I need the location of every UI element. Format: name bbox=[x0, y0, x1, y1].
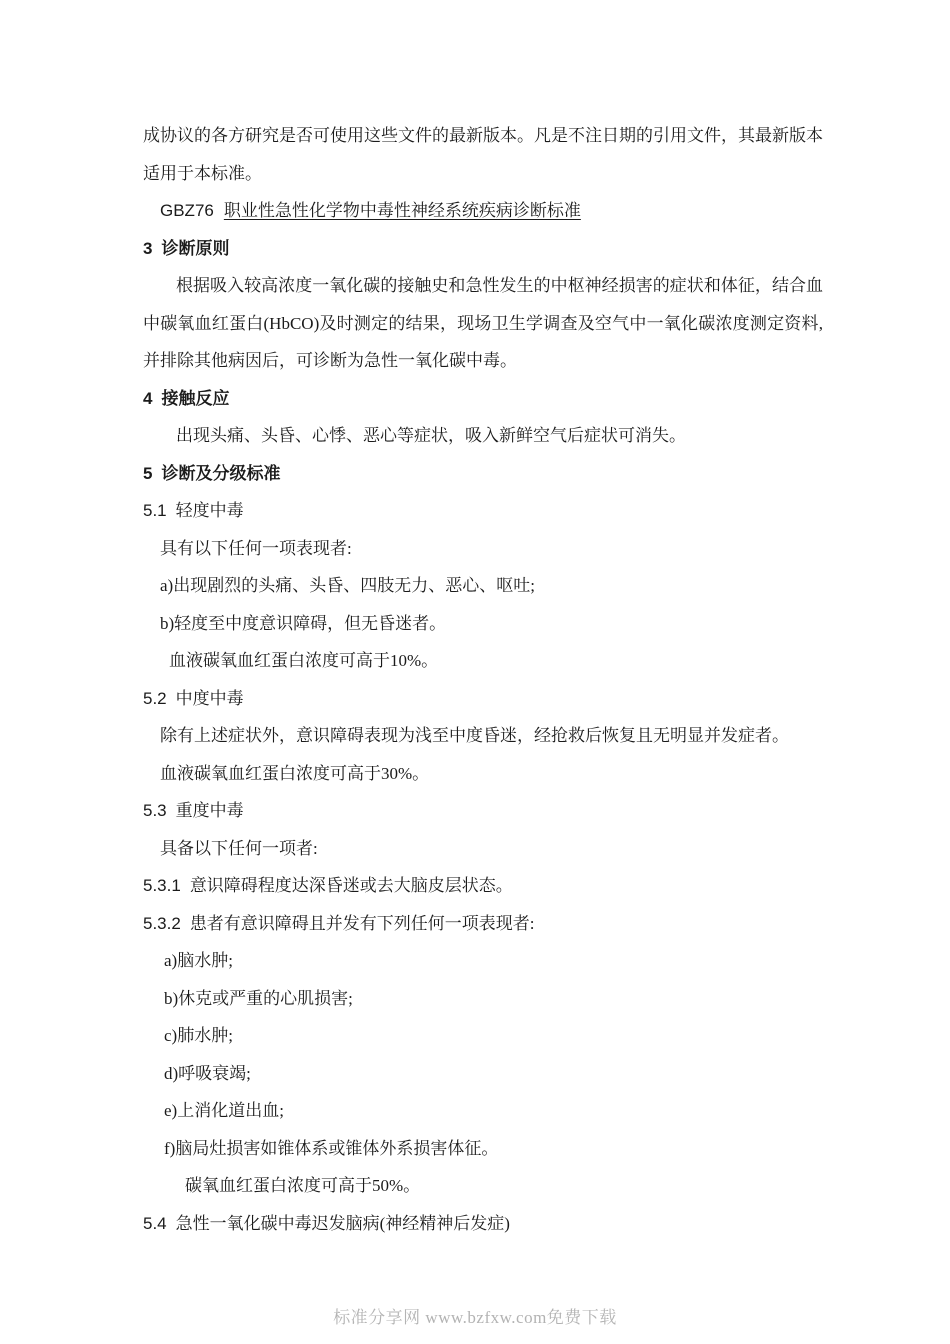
clause-5-3-2-item-b: b)休克或严重的心肌损害; bbox=[143, 980, 823, 1018]
watermark-footer: 标准分享网 www.bzfxw.com免费下载 bbox=[0, 1303, 950, 1328]
document-page: 成协议的各方研究是否可使用这些文件的最新版本。凡是不注日期的引用文件，其最新版本… bbox=[143, 117, 823, 1242]
clause-5-1-item-a: a)出现剧烈的头痛、头昏、四肢无力、恶心、呕吐; bbox=[143, 567, 823, 605]
clause-5-1-heading: 5.1轻度中毒 bbox=[143, 492, 823, 530]
clause-5-2-number: 5.2 bbox=[143, 689, 167, 708]
section-3-paragraph-line-2: 中碳氧血红蛋白(HbCO)及时测定的结果，现场卫生学调查及空气中一氧化碳浓度测定… bbox=[143, 305, 823, 343]
section-4-number: 4 bbox=[143, 389, 152, 408]
clause-5-3-2-item-c: c)肺水肿; bbox=[143, 1017, 823, 1055]
normative-reference: GBZ76职业性急性化学物中毒性神经系统疾病诊断标准 bbox=[143, 192, 823, 230]
reference-title: 职业性急性化学物中毒性神经系统疾病诊断标准 bbox=[224, 201, 581, 220]
clause-5-4-heading: 5.4急性一氧化碳中毒迟发脑病(神经精神后发症) bbox=[143, 1205, 823, 1243]
clause-5-2-paragraph: 除有上述症状外，意识障碍表现为浅至中度昏迷，经抢救后恢复且无明显并发症者。 bbox=[143, 717, 823, 755]
intro-line-2: 适用于本标准。 bbox=[143, 155, 823, 193]
section-4-paragraph: 出现头痛、头昏、心悸、恶心等症状，吸入新鲜空气后症状可消失。 bbox=[143, 417, 823, 455]
clause-5-3-2-item-d: d)呼吸衰竭; bbox=[143, 1055, 823, 1093]
clause-5-3-1: 5.3.1意识障碍程度达深昏迷或去大脑皮层状态。 bbox=[143, 867, 823, 905]
clause-5-3-2-note: 碳氧血红蛋白浓度可高于50%。 bbox=[143, 1167, 823, 1205]
clause-5-1-number: 5.1 bbox=[143, 501, 167, 520]
reference-code: GBZ76 bbox=[160, 201, 214, 220]
section-3-heading: 3诊断原则 bbox=[143, 230, 823, 268]
clause-5-3-intro: 具备以下任何一项者: bbox=[143, 830, 823, 868]
section-5-heading: 5诊断及分级标准 bbox=[143, 455, 823, 493]
clause-5-3-2-text: 患者有意识障碍且并发有下列任何一项表现者: bbox=[190, 914, 535, 933]
clause-5-3-title: 重度中毒 bbox=[176, 801, 244, 820]
clause-5-3-2-item-f: f)脑局灶损害如锥体系或锥体外系损害体征。 bbox=[143, 1130, 823, 1168]
clause-5-4-number: 5.4 bbox=[143, 1214, 167, 1233]
clause-5-2-note: 血液碳氧血红蛋白浓度可高于30%。 bbox=[143, 755, 823, 793]
section-5-title: 诊断及分级标准 bbox=[161, 464, 280, 483]
section-3-paragraph-line-1: 根据吸入较高浓度一氧化碳的接触史和急性发生的中枢神经损害的症状和体征，结合血 bbox=[143, 267, 823, 305]
clause-5-3-2-item-a: a)脑水肿; bbox=[143, 942, 823, 980]
clause-5-2-title: 中度中毒 bbox=[176, 689, 244, 708]
clause-5-3-1-text: 意识障碍程度达深昏迷或去大脑皮层状态。 bbox=[190, 876, 513, 895]
section-4-heading: 4接触反应 bbox=[143, 380, 823, 418]
clause-5-1-intro: 具有以下任何一项表现者: bbox=[143, 530, 823, 568]
section-3-paragraph-line-3: 并排除其他病因后，可诊断为急性一氧化碳中毒。 bbox=[143, 342, 823, 380]
clause-5-1-item-b: b)轻度至中度意识障碍，但无昏迷者。 bbox=[143, 605, 823, 643]
section-3-number: 3 bbox=[143, 239, 152, 258]
clause-5-3-1-number: 5.3.1 bbox=[143, 876, 181, 895]
section-5-number: 5 bbox=[143, 464, 152, 483]
clause-5-3-2-item-e: e)上消化道出血; bbox=[143, 1092, 823, 1130]
section-4-title: 接触反应 bbox=[161, 389, 229, 408]
intro-line-1: 成协议的各方研究是否可使用这些文件的最新版本。凡是不注日期的引用文件，其最新版本 bbox=[143, 117, 823, 155]
clause-5-1-title: 轻度中毒 bbox=[176, 501, 244, 520]
clause-5-3-heading: 5.3重度中毒 bbox=[143, 792, 823, 830]
clause-5-3-2: 5.3.2患者有意识障碍且并发有下列任何一项表现者: bbox=[143, 905, 823, 943]
clause-5-3-2-number: 5.3.2 bbox=[143, 914, 181, 933]
clause-5-3-number: 5.3 bbox=[143, 801, 167, 820]
clause-5-1-note: 血液碳氧血红蛋白浓度可高于10%。 bbox=[143, 642, 823, 680]
clause-5-4-title: 急性一氧化碳中毒迟发脑病(神经精神后发症) bbox=[176, 1214, 510, 1233]
clause-5-2-heading: 5.2中度中毒 bbox=[143, 680, 823, 718]
section-3-title: 诊断原则 bbox=[161, 239, 229, 258]
